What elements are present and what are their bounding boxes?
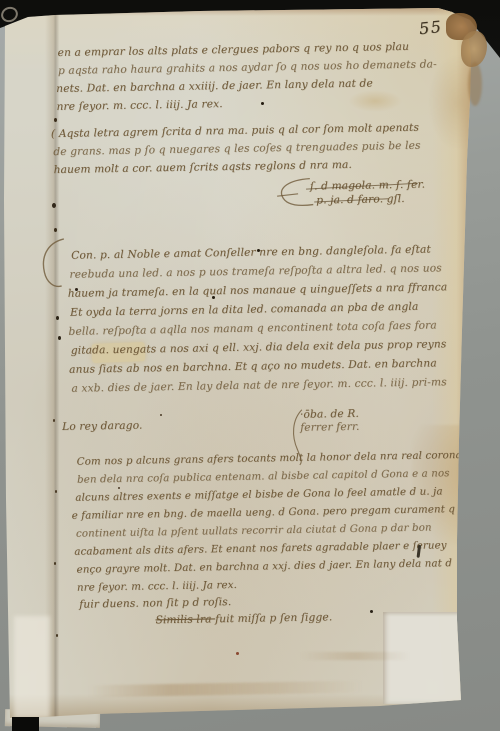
- manuscript-line: p aqsta raho haura grahits a nos aydar ſ…: [58, 58, 437, 77]
- manuscript-line: ( Aqsta letra agrem ſcrita d nra ma. pui…: [51, 122, 419, 140]
- manuscript-line: ·ōba. de R.: [300, 408, 359, 421]
- manuscript-photo: 55 en a emprar los alts plats e clergues…: [0, 0, 500, 731]
- manuscript-line: ferrer ferr.: [300, 421, 360, 434]
- manuscript-line: e familiar nre en bng. de maella ueng. d…: [72, 504, 472, 522]
- manuscript-line: Et oyda la terra jorns en la dita led. c…: [70, 301, 418, 319]
- manuscript-line: alcuns altres exents e miſſatge el bisbe…: [75, 486, 442, 503]
- royal-signature: Lo rey darago.: [62, 420, 143, 433]
- manuscript-line: acabament als dits afers. Et enant nos f…: [74, 540, 447, 557]
- manuscript-line: nets. Dat. en barchna a xxiiij. de jaer.…: [56, 77, 373, 95]
- manuscript-page: 55 en a emprar los alts plats e clergues…: [0, 0, 500, 731]
- photo-dark-corner: [12, 717, 39, 731]
- manuscript-line: de grans. mas p ſo q nuegares q les coſe…: [53, 140, 420, 158]
- manuscript-line: hauem molt a cor. auem ſcrits aqsts regl…: [54, 159, 353, 176]
- similis-note: Similis lra fuit miſſa p ſen ſigge.: [155, 611, 332, 626]
- manuscript-line: reebuda una led. a nos p uos trameſa reſ…: [69, 262, 442, 280]
- handwritten-text-layer: en a emprar los alts plats e clergues pa…: [0, 0, 500, 731]
- manuscript-line: enço grayre molt. Dat. en barchna a xxj.…: [77, 558, 453, 576]
- manuscript-line: a xxb. dies de jaer. En lay dela nat de …: [71, 376, 446, 395]
- manuscript-line: nre ſeyor. m. ccc. l. iiij. Ja rex.: [56, 98, 222, 113]
- manuscript-line: en a emprar los alts plats e clergues pa…: [57, 41, 409, 59]
- manuscript-line: hauem ja trameſa. en la qual nos manaue …: [68, 281, 448, 300]
- duplicata-note: fuir duens. non ſit p d roſis.: [79, 596, 231, 611]
- torn-corner: [468, 62, 482, 106]
- note-text: fuit miſſa p ſen ſigge.: [215, 611, 332, 625]
- manuscript-line: nre ſeyor. m. ccc. l. iiij. Ja rex.: [77, 580, 237, 594]
- margin-flourish-icon: [39, 236, 68, 290]
- manuscript-line: continent uiſta la pſent uullats recorri…: [76, 523, 432, 540]
- manuscript-line: bella. reſpoſta a aqlla nos manam q enco…: [68, 319, 437, 337]
- manuscript-line: gitada. uengats a nos axi q ell. xxj. di…: [71, 338, 447, 357]
- manuscript-line: Com nos p alcuns grans afers tocants mol…: [77, 450, 472, 468]
- manuscript-line: ben dela nra coſa publica entenam. al bi…: [77, 468, 450, 486]
- manuscript-line: Con. p. al Noble e amat Conſeller nre en…: [71, 244, 431, 262]
- struck-text: Similis lra: [155, 613, 215, 626]
- manuscript-line: anus ſiats ab nos en barchna. Et q aço n…: [69, 357, 437, 375]
